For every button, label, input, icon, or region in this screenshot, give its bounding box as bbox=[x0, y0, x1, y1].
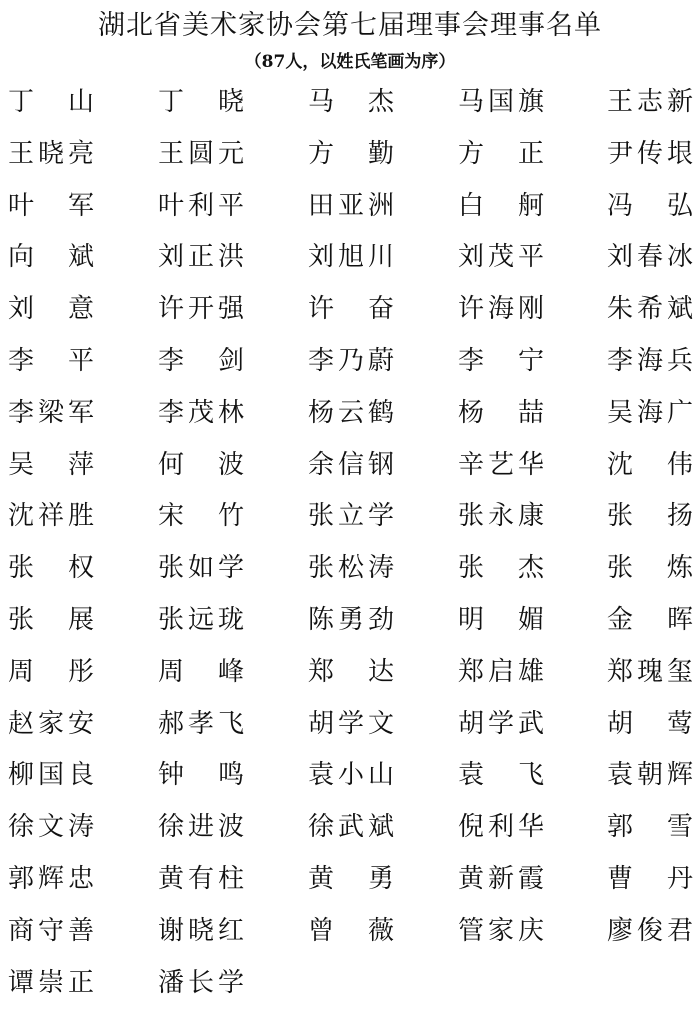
names-row: 王晓亮王圆元方勤方正尹传垠 bbox=[8, 134, 698, 186]
member-name: 曾薇 bbox=[308, 911, 394, 951]
member-name: 明媚 bbox=[458, 600, 544, 640]
member-name: 沈祥胜 bbox=[8, 496, 94, 536]
member-name: 黄新霞 bbox=[458, 859, 544, 899]
member-name: 李茂林 bbox=[158, 393, 244, 433]
member-name: 张立学 bbox=[308, 496, 394, 536]
member-name: 金晖 bbox=[607, 600, 693, 640]
member-name: 赵家安 bbox=[8, 704, 94, 744]
member-name: 刘春冰 bbox=[607, 237, 693, 277]
member-name: 郑启雄 bbox=[458, 652, 544, 692]
document-title: 湖北省美术家协会第七届理事会理事名单 bbox=[0, 8, 700, 44]
member-name: 袁小山 bbox=[308, 755, 394, 795]
names-row: 刘意许开强许奋许海刚朱希斌 bbox=[8, 289, 698, 341]
member-name: 方勤 bbox=[308, 134, 394, 174]
member-name: 周峰 bbox=[158, 652, 244, 692]
member-name: 袁朝辉 bbox=[607, 755, 693, 795]
member-name: 张松涛 bbox=[308, 548, 394, 588]
member-name: 周彤 bbox=[8, 652, 94, 692]
member-name: 郭辉忠 bbox=[8, 859, 94, 899]
member-name: 徐进波 bbox=[158, 807, 244, 847]
member-name: 吴萍 bbox=[8, 445, 94, 485]
member-name: 刘旭川 bbox=[308, 237, 394, 277]
member-name: 潘长学 bbox=[158, 963, 244, 1003]
member-name: 吴海广 bbox=[607, 393, 693, 433]
member-name: 李海兵 bbox=[607, 341, 693, 381]
member-name: 杨喆 bbox=[458, 393, 544, 433]
names-row: 赵家安郝孝飞胡学文胡学武胡莺 bbox=[8, 704, 698, 756]
member-name: 冯弘 bbox=[607, 186, 693, 226]
member-name: 柳国良 bbox=[8, 755, 94, 795]
names-row: 叶军叶利平田亚洲白舸冯弘 bbox=[8, 186, 698, 238]
names-row: 商守善谢晓红曾薇管家庆廖俊君 bbox=[8, 911, 698, 963]
names-row: 郭辉忠黄有柱黄勇黄新霞曹丹 bbox=[8, 859, 698, 911]
member-name: 徐武斌 bbox=[308, 807, 394, 847]
member-name: 叶利平 bbox=[158, 186, 244, 226]
member-name: 马杰 bbox=[308, 82, 394, 122]
names-row: 丁山丁晓马杰马国旗王志新 bbox=[8, 82, 698, 134]
document-subtitle: （87人，以姓氏笔画为序） bbox=[0, 50, 700, 74]
member-name: 张杰 bbox=[458, 548, 544, 588]
member-name: 朱希斌 bbox=[607, 289, 693, 329]
member-name: 李平 bbox=[8, 341, 94, 381]
member-name: 余信钢 bbox=[308, 445, 394, 485]
member-name: 田亚洲 bbox=[308, 186, 394, 226]
member-name: 商守善 bbox=[8, 911, 94, 951]
names-row: 周彤周峰郑达郑启雄郑瑰玺 bbox=[8, 652, 698, 704]
member-name: 谢晓红 bbox=[158, 911, 244, 951]
names-row: 徐文涛徐进波徐武斌倪利华郭雪 bbox=[8, 807, 698, 859]
member-name: 李剑 bbox=[158, 341, 244, 381]
names-row: 沈祥胜宋竹张立学张永康张扬 bbox=[8, 496, 698, 548]
member-name: 张远珑 bbox=[158, 600, 244, 640]
member-name: 沈伟 bbox=[607, 445, 693, 485]
member-name: 尹传垠 bbox=[607, 134, 693, 174]
member-name: 宋竹 bbox=[158, 496, 244, 536]
member-name: 许海刚 bbox=[458, 289, 544, 329]
names-row: 李梁军李茂林杨云鹤杨喆吴海广 bbox=[8, 393, 698, 445]
member-name: 白舸 bbox=[458, 186, 544, 226]
member-name: 许开强 bbox=[158, 289, 244, 329]
member-name: 杨云鹤 bbox=[308, 393, 394, 433]
names-row: 柳国良钟鸣袁小山袁飞袁朝辉 bbox=[8, 755, 698, 807]
member-name: 郑瑰玺 bbox=[607, 652, 693, 692]
member-name: 张炼 bbox=[607, 548, 693, 588]
member-name: 黄勇 bbox=[308, 859, 394, 899]
member-name: 丁晓 bbox=[158, 82, 244, 122]
member-name: 黄有柱 bbox=[158, 859, 244, 899]
member-name: 王圆元 bbox=[158, 134, 244, 174]
member-name: 辛艺华 bbox=[458, 445, 544, 485]
member-name: 倪利华 bbox=[458, 807, 544, 847]
member-name: 王晓亮 bbox=[8, 134, 94, 174]
member-name: 胡学武 bbox=[458, 704, 544, 744]
member-name: 袁飞 bbox=[458, 755, 544, 795]
member-name: 何波 bbox=[158, 445, 244, 485]
member-name: 叶军 bbox=[8, 186, 94, 226]
member-name: 胡学文 bbox=[308, 704, 394, 744]
member-name: 陈勇劲 bbox=[308, 600, 394, 640]
names-row: 向斌刘正洪刘旭川刘茂平刘春冰 bbox=[8, 237, 698, 289]
member-name: 郝孝飞 bbox=[158, 704, 244, 744]
member-name: 张扬 bbox=[607, 496, 693, 536]
names-row: 张权张如学张松涛张杰张炼 bbox=[8, 548, 698, 600]
member-name: 李宁 bbox=[458, 341, 544, 381]
member-name: 谭崇正 bbox=[8, 963, 94, 1003]
member-name: 张永康 bbox=[458, 496, 544, 536]
member-name: 钟鸣 bbox=[158, 755, 244, 795]
member-name: 王志新 bbox=[607, 82, 693, 122]
names-row: 吴萍何波余信钢辛艺华沈伟 bbox=[8, 445, 698, 497]
member-name: 李乃蔚 bbox=[308, 341, 394, 381]
member-name: 刘茂平 bbox=[458, 237, 544, 277]
names-row: 谭崇正潘长学 bbox=[8, 963, 698, 1015]
member-name: 徐文涛 bbox=[8, 807, 94, 847]
member-name: 刘正洪 bbox=[158, 237, 244, 277]
member-name: 许奋 bbox=[308, 289, 394, 329]
member-name: 胡莺 bbox=[607, 704, 693, 744]
member-name: 丁山 bbox=[8, 82, 94, 122]
names-row: 张展张远珑陈勇劲明媚金晖 bbox=[8, 600, 698, 652]
member-name: 马国旗 bbox=[458, 82, 544, 122]
member-name: 刘意 bbox=[8, 289, 94, 329]
member-name: 张展 bbox=[8, 600, 94, 640]
member-name: 郑达 bbox=[308, 652, 394, 692]
member-name: 李梁军 bbox=[8, 393, 94, 433]
member-name: 郭雪 bbox=[607, 807, 693, 847]
names-grid: 丁山丁晓马杰马国旗王志新王晓亮王圆元方勤方正尹传垠叶军叶利平田亚洲白舸冯弘向斌刘… bbox=[8, 82, 698, 1014]
member-name: 廖俊君 bbox=[607, 911, 693, 951]
member-name: 曹丹 bbox=[607, 859, 693, 899]
names-row: 李平李剑李乃蔚李宁李海兵 bbox=[8, 341, 698, 393]
member-name: 张权 bbox=[8, 548, 94, 588]
member-name: 方正 bbox=[458, 134, 544, 174]
member-name: 管家庆 bbox=[458, 911, 544, 951]
member-name: 张如学 bbox=[158, 548, 244, 588]
member-name: 向斌 bbox=[8, 237, 94, 277]
